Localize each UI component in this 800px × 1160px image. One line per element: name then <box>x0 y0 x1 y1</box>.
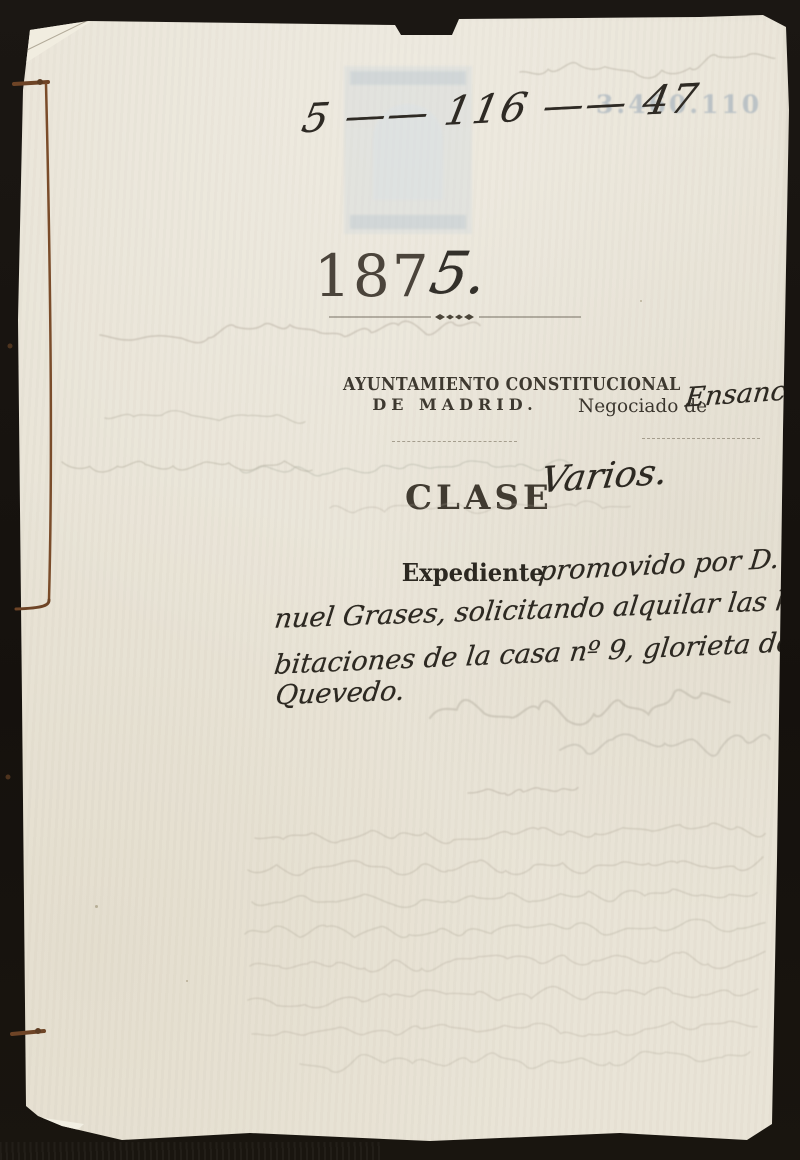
expediente-line-3: bitaciones de la casa nº 9, glorieta de— <box>273 626 800 681</box>
org-name-line2: DE MADRID. <box>372 395 537 414</box>
stamp-bottom-band <box>350 215 466 229</box>
year-printed-digits: 187 <box>314 242 431 310</box>
negociado-value-handwriting: Ensanche <box>684 373 800 413</box>
scanned-document-page: 3.460.110 5 —— 116 —— 47 1875. AYUNTAMIE… <box>0 0 800 1160</box>
paper-sheet: 3.460.110 5 —— 116 —— 47 1875. AYUNTAMIE… <box>0 0 800 1160</box>
clase-label: CLASE <box>405 478 553 518</box>
expediente-line-1: promovido por D. Ma— <box>537 540 800 588</box>
expediente-line-4: Quevedo. <box>274 676 407 711</box>
org-name-line1: AYUNTAMIENTO CONSTITUCIONAL <box>343 374 681 395</box>
paper-speck <box>186 980 188 982</box>
org-heading: AYUNTAMIENTO CONSTITUCIONAL DE MADRID. <box>320 374 590 414</box>
org-rule <box>392 441 517 442</box>
under-sheet-corner <box>24 22 96 64</box>
paper-speck <box>95 905 98 908</box>
expediente-label: Expediente <box>402 558 544 587</box>
clase-value-handwriting: Varios. <box>538 452 670 502</box>
year-flourish-divider <box>325 312 585 322</box>
expediente-line-2: nuel Grases, solicitando alquilar las ha… <box>273 584 800 634</box>
stamp-top-band <box>350 71 466 85</box>
background-texture-streaks <box>0 1142 380 1160</box>
year-handwritten-digit: 5. <box>424 239 494 307</box>
negociado-rule <box>642 438 760 439</box>
paper-speck <box>640 300 642 302</box>
year-heading: 1875. <box>0 242 800 310</box>
bottom-left-fold <box>22 1106 84 1135</box>
